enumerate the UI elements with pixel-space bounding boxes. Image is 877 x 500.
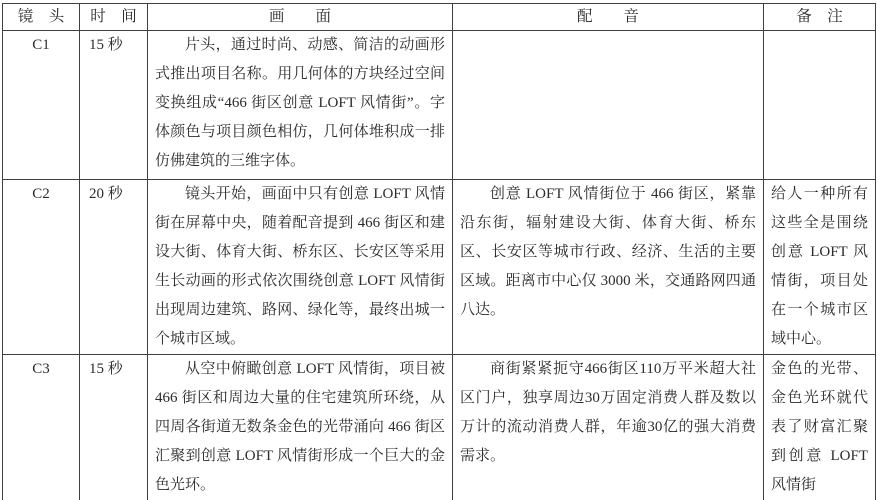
visual-description-text: 从空中俯瞰创意 LOFT 风情街，项目被 466 街区和周边大量的住宅建筑所环绕… [155,355,445,500]
duration-cell: 15 秒 [80,31,148,180]
voiceover-text: 商街紧紧扼守466街区110万平米超大社区门户，独享周边30万固定消费人群及数以… [460,355,756,471]
shot-id-cell: C2 [3,180,80,355]
table-row-c1: C1 15 秒 片头，通过时尚、动感、简洁的动画形式推出项目名称。用几何体的方块… [3,31,876,180]
visual-description-text: 镜头开始，画面中只有创意 LOFT 风情街在屏幕中央，随着配音提到 466 街区… [155,180,445,354]
notes-text: 金色的光带、金色光环就代表了财富汇聚到创意 LOFT 风情街 [771,355,868,500]
visual-description-text: 片头，通过时尚、动感、简洁的动画形式推出项目名称。用几何体的方块经过空间变换组成… [155,31,445,176]
voiceover-cell: 创意 LOFT 风情街位于 466 街区，紧靠沿东街，辐射建设大街、体育大街、桥… [453,180,764,355]
col-header-voiceover: 配 音 [453,4,764,31]
col-header-visual: 画 面 [148,4,453,31]
notes-cell [764,31,876,180]
notes-text: 给人一种所有这些全是围绕创意 LOFT 风情街，项目处在一个城市区域中心。 [771,180,868,354]
duration-cell: 15 秒 [80,355,148,500]
storyboard-sheet: 镜 头 时 间 画 面 配 音 备 注 C1 15 秒 片头，通过时尚、动感、简… [0,0,877,500]
notes-cell: 给人一种所有这些全是围绕创意 LOFT 风情街，项目处在一个城市区域中心。 [764,180,876,355]
voiceover-text: 创意 LOFT 风情街位于 466 街区，紧靠沿东街，辐射建设大街、体育大街、桥… [460,180,756,325]
notes-cell: 金色的光带、金色光环就代表了财富汇聚到创意 LOFT 风情街 [764,355,876,500]
col-header-notes: 备 注 [764,4,876,31]
visual-description-cell: 从空中俯瞰创意 LOFT 风情街，项目被 466 街区和周边大量的住宅建筑所环绕… [148,355,453,500]
voiceover-cell: 商街紧紧扼守466街区110万平米超大社区门户，独享周边30万固定消费人群及数以… [453,355,764,500]
shot-id-cell: C1 [3,31,80,180]
visual-description-cell: 镜头开始，画面中只有创意 LOFT 风情街在屏幕中央，随着配音提到 466 街区… [148,180,453,355]
storyboard-table: 镜 头 时 间 画 面 配 音 备 注 C1 15 秒 片头，通过时尚、动感、简… [2,3,876,500]
col-header-time: 时 间 [80,4,148,31]
table-row-c3: C3 15 秒 从空中俯瞰创意 LOFT 风情街，项目被 466 街区和周边大量… [3,355,876,500]
table-row-c2: C2 20 秒 镜头开始，画面中只有创意 LOFT 风情街在屏幕中央，随着配音提… [3,180,876,355]
visual-description-cell: 片头，通过时尚、动感、简洁的动画形式推出项目名称。用几何体的方块经过空间变换组成… [148,31,453,180]
voiceover-cell [453,31,764,180]
header-row: 镜 头 时 间 画 面 配 音 备 注 [3,4,876,31]
duration-cell: 20 秒 [80,180,148,355]
shot-id-cell: C3 [3,355,80,500]
col-header-shot: 镜 头 [3,4,80,31]
